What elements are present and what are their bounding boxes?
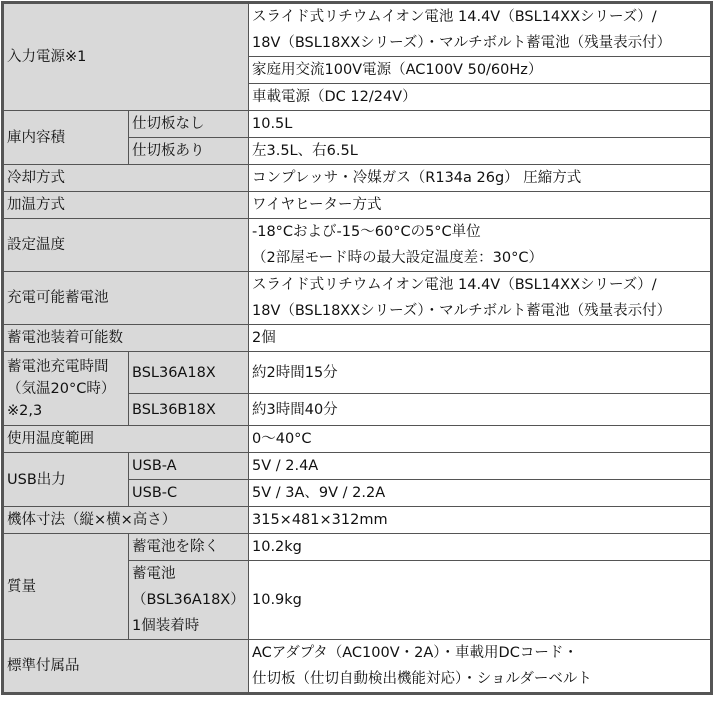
charge-time-sub-1: BSL36A18X (129, 352, 249, 394)
input-power-battery-line1: スライド式リチウムイオン電池 14.4V（BSL14XXシリーズ）/ (252, 4, 706, 30)
row-capacity-1: 庫内容積 仕切板なし 10.5L (3, 111, 712, 138)
charge-time-label-line1: 蓄電池充電時間 (7, 356, 124, 378)
set-temp-value: -18°Cおよび-15～60°Cの5°C単位 （2部屋モード時の最大設定温度差：… (249, 219, 712, 272)
dimensions-label: 機体寸法（縦×横×高さ） (3, 507, 249, 534)
row-input-power-1: 入力電源※1 スライド式リチウムイオン電池 14.4V（BSL14XXシリーズ）… (3, 3, 712, 57)
accessories-label: 標準付属品 (3, 640, 249, 694)
weight-sub-2: 蓄電池 （BSL36A18X） 1個装着時 (129, 561, 249, 640)
usb-sub-2: USB-C (129, 480, 249, 507)
usb-value-1: 5V / 2.4A (249, 453, 712, 480)
heating-value: ワイヤヒーター方式 (249, 192, 712, 219)
row-heating: 加温方式 ワイヤヒーター方式 (3, 192, 712, 219)
row-chargeable-battery: 充電可能蓄電池 スライド式リチウムイオン電池 14.4V（BSL14XXシリーズ… (3, 272, 712, 325)
weight-sub-2-line2: （BSL36A18X） (132, 587, 244, 613)
set-temp-line1: -18°Cおよび-15～60°Cの5°C単位 (252, 219, 706, 245)
row-weight-1: 質量 蓄電池を除く 10.2kg (3, 534, 712, 561)
input-power-battery-line2: 18V（BSL18XXシリーズ）・マルチボルト蓄電池（残量表示付） (252, 30, 706, 56)
capacity-value-2: 左3.5L、右6.5L (249, 138, 712, 165)
operating-temp-label: 使用温度範囲 (3, 426, 249, 453)
input-power-label: 入力電源※1 (3, 3, 249, 111)
operating-temp-value: 0～40°C (249, 426, 712, 453)
chargeable-battery-value: スライド式リチウムイオン電池 14.4V（BSL14XXシリーズ）/ 18V（B… (249, 272, 712, 325)
chargeable-battery-label: 充電可能蓄電池 (3, 272, 249, 325)
weight-value-1: 10.2kg (249, 534, 712, 561)
accessories-value: ACアダプタ（AC100V・2A）・車載用DCコード・ 仕切板（仕切自動検出機能… (249, 640, 712, 694)
charge-time-value-2: 約3時間40分 (249, 394, 712, 426)
capacity-sub-1: 仕切板なし (129, 111, 249, 138)
charge-time-label-line3: ※2,3 (7, 400, 124, 422)
row-cooling: 冷却方式 コンプレッサ・冷媒ガス（R134a 26g） 圧縮方式 (3, 165, 712, 192)
chargeable-battery-line2: 18V（BSL18XXシリーズ）・マルチボルト蓄電池（残量表示付） (252, 298, 706, 324)
weight-sub-1: 蓄電池を除く (129, 534, 249, 561)
chargeable-battery-line1: スライド式リチウムイオン電池 14.4V（BSL14XXシリーズ）/ (252, 272, 706, 298)
charge-time-label: 蓄電池充電時間 （気温20°C時） ※2,3 (3, 352, 129, 426)
row-set-temp: 設定温度 -18°Cおよび-15～60°Cの5°C単位 （2部屋モード時の最大設… (3, 219, 712, 272)
set-temp-line2: （2部屋モード時の最大設定温度差：30°C） (252, 245, 706, 271)
spec-table: 入力電源※1 スライド式リチウムイオン電池 14.4V（BSL14XXシリーズ）… (1, 1, 713, 695)
charge-time-value-1: 約2時間15分 (249, 352, 712, 394)
usb-sub-1: USB-A (129, 453, 249, 480)
weight-sub-2-line3: 1個装着時 (132, 613, 244, 639)
row-dimensions: 機体寸法（縦×横×高さ） 315×481×312mm (3, 507, 712, 534)
weight-sub-2-line1: 蓄電池 (132, 561, 244, 587)
input-power-battery: スライド式リチウムイオン電池 14.4V（BSL14XXシリーズ）/ 18V（B… (249, 3, 712, 57)
weight-value-2: 10.9kg (249, 561, 712, 640)
capacity-value-1: 10.5L (249, 111, 712, 138)
dimensions-value: 315×481×312mm (249, 507, 712, 534)
charge-time-sub-2: BSL36B18X (129, 394, 249, 426)
battery-slots-label: 蓄電池装着可能数 (3, 325, 249, 352)
row-operating-temp: 使用温度範囲 0～40°C (3, 426, 712, 453)
cooling-value: コンプレッサ・冷媒ガス（R134a 26g） 圧縮方式 (249, 165, 712, 192)
accessories-line2: 仕切板（仕切自動検出機能対応）・ショルダーベルト (252, 666, 706, 692)
heating-label: 加温方式 (3, 192, 249, 219)
row-usb-1: USB出力 USB-A 5V / 2.4A (3, 453, 712, 480)
battery-slots-value: 2個 (249, 325, 712, 352)
charge-time-label-line2: （気温20°C時） (7, 378, 124, 400)
row-accessories: 標準付属品 ACアダプタ（AC100V・2A）・車載用DCコード・ 仕切板（仕切… (3, 640, 712, 694)
usb-label: USB出力 (3, 453, 129, 507)
accessories-line1: ACアダプタ（AC100V・2A）・車載用DCコード・ (252, 640, 706, 666)
weight-label: 質量 (3, 534, 129, 640)
input-power-dc: 車載電源（DC 12/24V） (249, 84, 712, 111)
cooling-label: 冷却方式 (3, 165, 249, 192)
row-battery-slots: 蓄電池装着可能数 2個 (3, 325, 712, 352)
input-power-ac: 家庭用交流100V電源（AC100V 50/60Hz） (249, 57, 712, 84)
row-charge-time-1: 蓄電池充電時間 （気温20°C時） ※2,3 BSL36A18X 約2時間15分 (3, 352, 712, 394)
set-temp-label: 設定温度 (3, 219, 249, 272)
usb-value-2: 5V / 3A、9V / 2.2A (249, 480, 712, 507)
capacity-sub-2: 仕切板あり (129, 138, 249, 165)
capacity-label: 庫内容積 (3, 111, 129, 165)
